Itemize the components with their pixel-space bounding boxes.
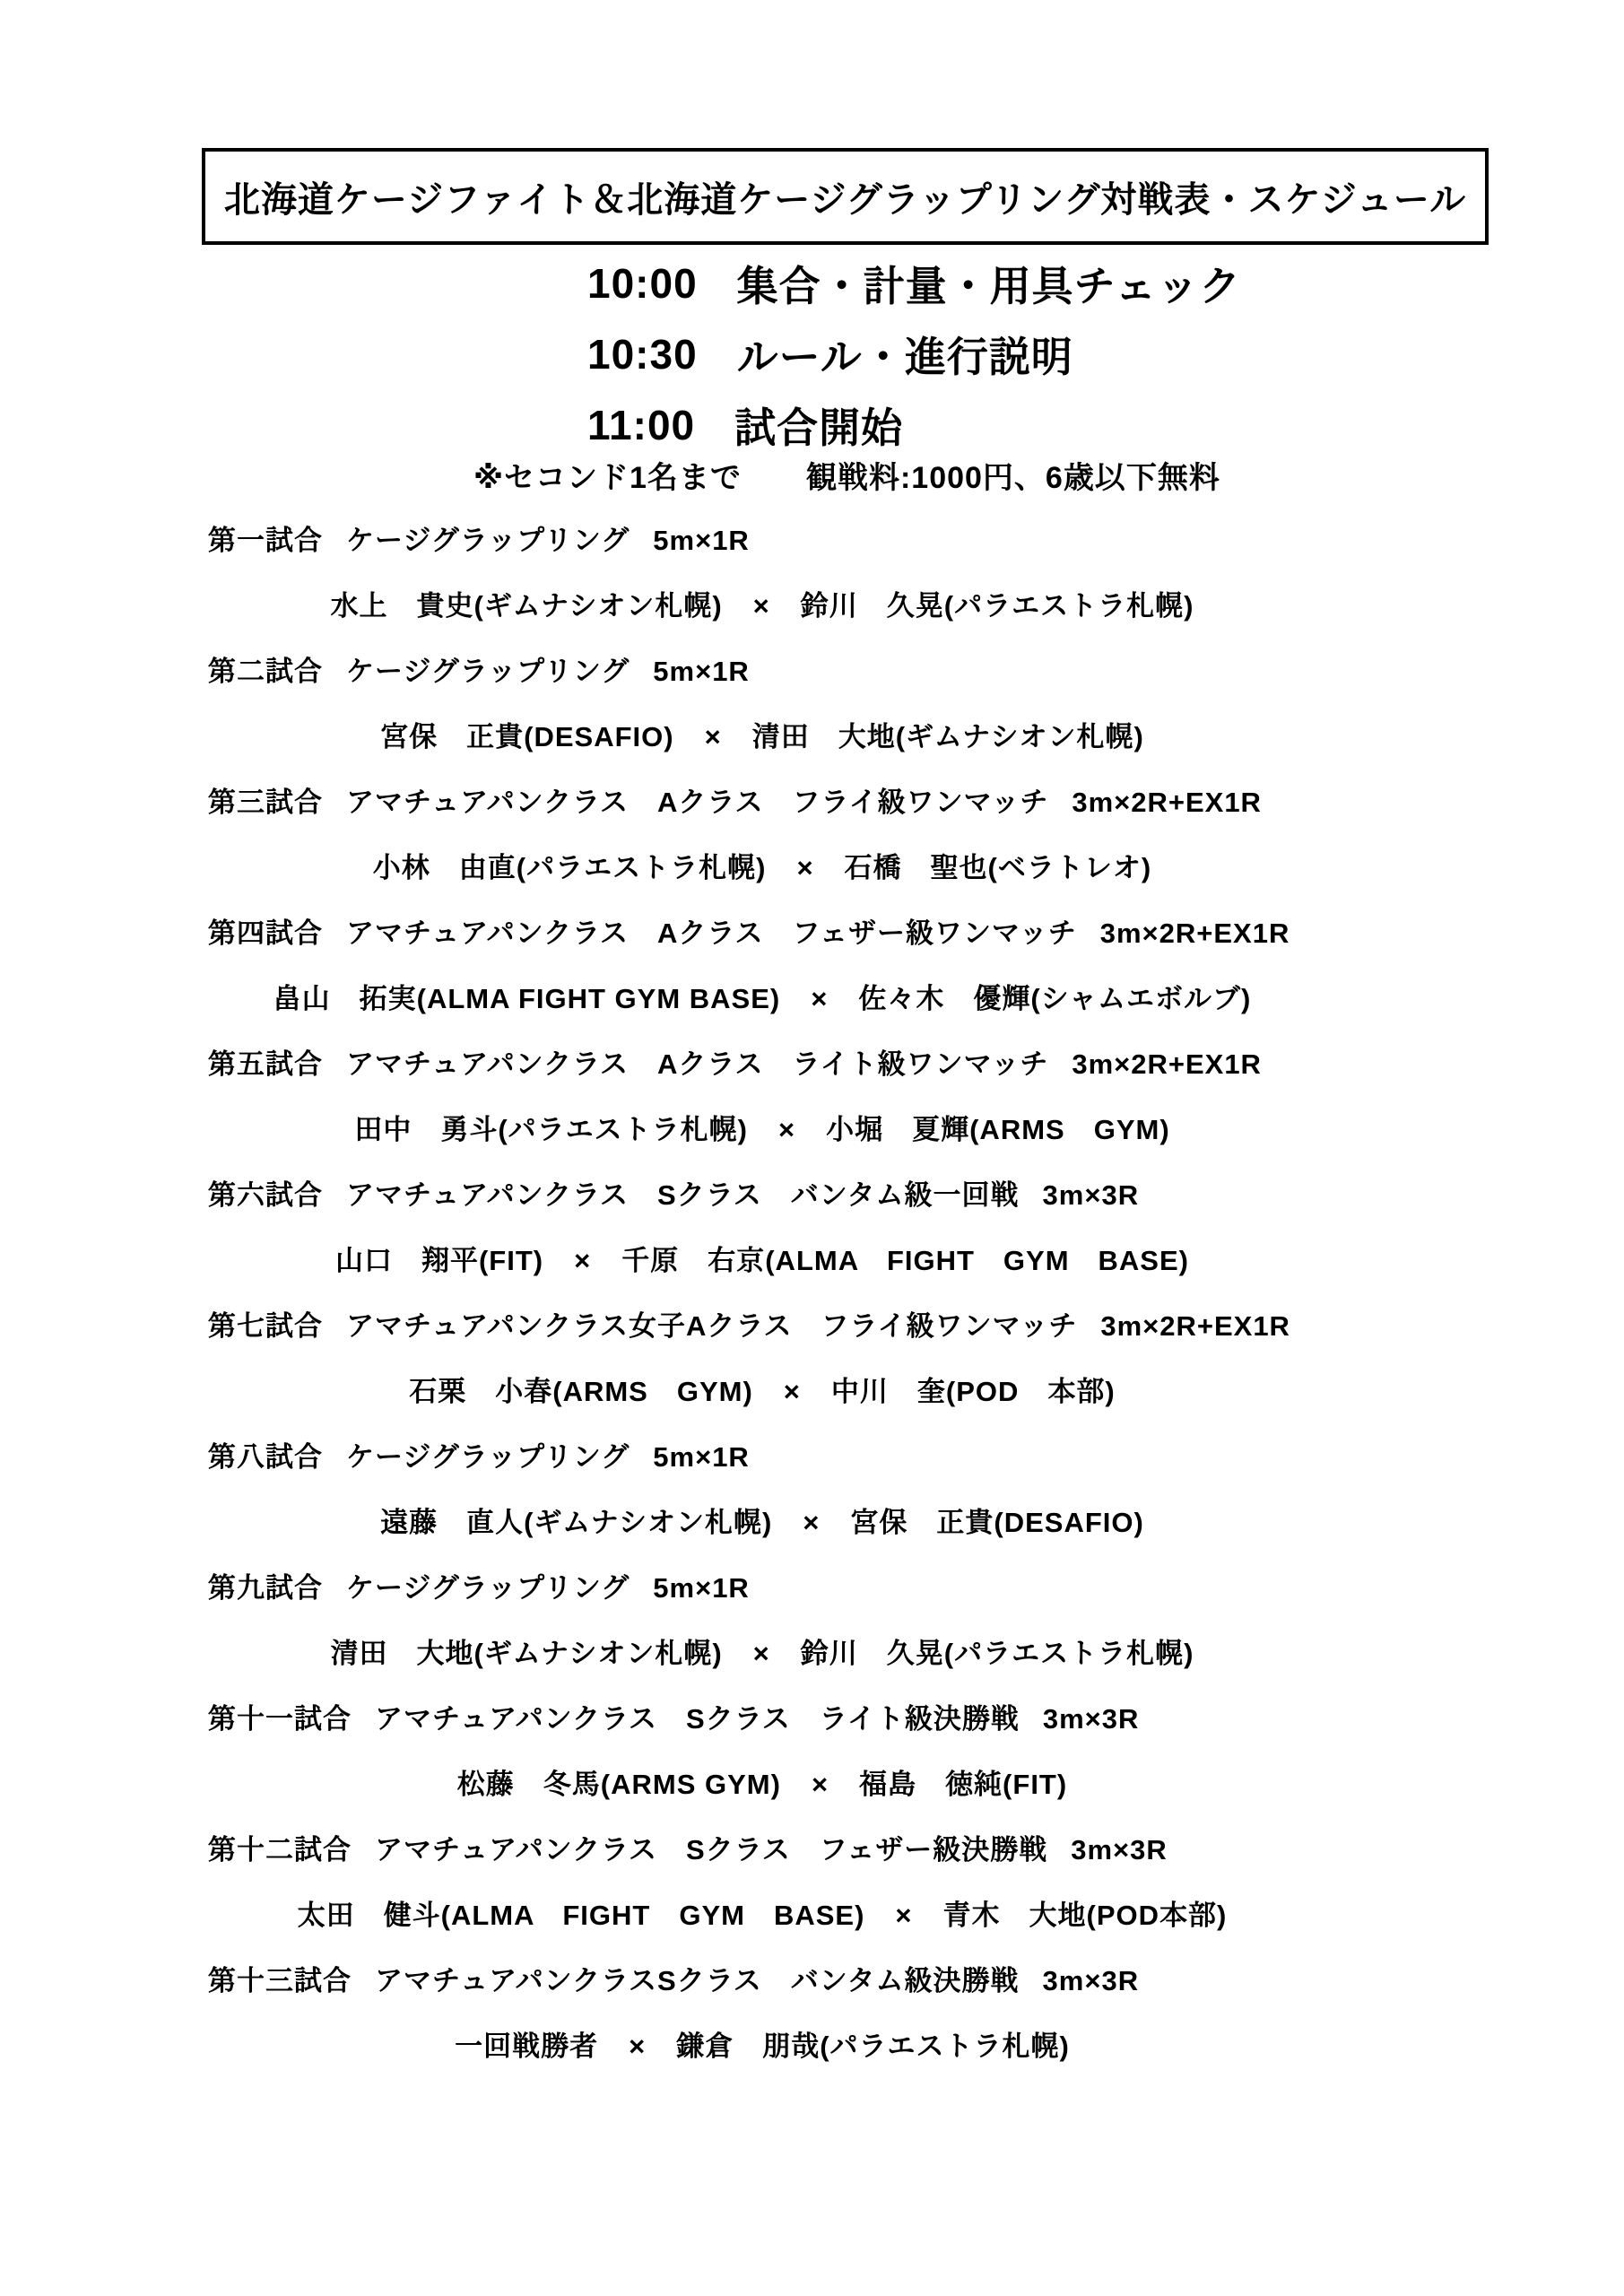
match-row: 第五試合アマチュアパンクラス Aクラス ライト級ワンマッチ3m×2R+EX1R … bbox=[0, 1031, 1624, 1162]
fighter-blue: 千原 右京(ALMA FIGHT GYM BASE) bbox=[621, 1245, 1189, 1276]
vs-symbol: × bbox=[705, 721, 722, 752]
match-fighters: 畠山 拓実(ALMA FIGHT GYM BASE)×佐々木 優輝(シャムエボル… bbox=[0, 966, 1524, 1031]
fighter-blue: 鈴川 久晃(パラエストラ札幌) bbox=[801, 590, 1194, 622]
match-format: 3m×2R+EX1R bbox=[1072, 787, 1262, 818]
fighter-blue: 小堀 夏輝(ARMS GYM) bbox=[826, 1114, 1170, 1145]
fighter-blue: 石橋 聖也(ベラトレオ) bbox=[845, 852, 1152, 883]
match-fighters: 一回戦勝者×鎌倉 朋哉(パラエストラ札幌) bbox=[0, 2013, 1524, 2079]
event-title-box: 北海道ケージファイト＆北海道ケージグラップリング対戦表・スケジュール bbox=[202, 148, 1489, 245]
timetable-label: 試合開始 bbox=[734, 396, 903, 455]
match-number: 第五試合 bbox=[208, 1048, 323, 1080]
match-fighters: 松藤 冬馬(ARMS GYM)×福島 徳純(FIT) bbox=[0, 1752, 1524, 1817]
notes-line: ※セコンド1名まで 観戦料:1000円、6歳以下無料 bbox=[473, 453, 1220, 497]
match-number: 第二試合 bbox=[208, 656, 323, 687]
timetable-time: 10:00 bbox=[587, 259, 698, 308]
match-format: 3m×3R bbox=[1043, 1703, 1140, 1735]
vs-symbol: × bbox=[895, 1900, 912, 1931]
admission-note: 観戦料:1000円、6歳以下無料 bbox=[806, 453, 1220, 497]
match-row: 第二試合ケージグラップリング5m×1R 宮保 正貴(DESAFIO)×清田 大地… bbox=[0, 639, 1624, 770]
match-number: 第七試合 bbox=[208, 1310, 323, 1342]
match-number: 第八試合 bbox=[208, 1441, 323, 1473]
match-format: 3m×2R+EX1R bbox=[1072, 1048, 1262, 1080]
match-header: 第三試合アマチュアパンクラス Aクラス フライ級ワンマッチ3m×2R+EX1R bbox=[0, 770, 1624, 835]
match-header: 第六試合アマチュアパンクラス Sクラス バンタム級一回戦3m×3R bbox=[0, 1162, 1624, 1228]
seconds-note: ※セコンド1名まで bbox=[473, 453, 742, 497]
match-header: 第十一試合アマチュアパンクラス Sクラス ライト級決勝戦3m×3R bbox=[0, 1686, 1624, 1752]
match-header: 第九試合ケージグラップリング5m×1R bbox=[0, 1555, 1624, 1621]
fighter-red: 小林 由直(パラエストラ札幌) bbox=[373, 852, 767, 883]
timetable-time: 10:30 bbox=[587, 330, 698, 378]
match-row: 第七試合アマチュアパンクラス女子Aクラス フライ級ワンマッチ3m×2R+EX1R… bbox=[0, 1293, 1624, 1424]
match-fighters: 水上 貴史(ギムナシオン札幌)×鈴川 久晃(パラエストラ札幌) bbox=[0, 573, 1524, 639]
match-header: 第五試合アマチュアパンクラス Aクラス ライト級ワンマッチ3m×2R+EX1R bbox=[0, 1031, 1624, 1097]
timetable-row: 10:30 ルール・進行説明 bbox=[587, 318, 1241, 389]
vs-symbol: × bbox=[784, 1376, 801, 1407]
fighter-red: 一回戦勝者 bbox=[455, 2031, 598, 2062]
match-division: ケージグラップリング bbox=[346, 1572, 630, 1604]
fighter-blue: 佐々木 優輝(シャムエボルブ) bbox=[858, 983, 1251, 1014]
match-number: 第三試合 bbox=[208, 787, 323, 818]
fighter-blue: 中川 奎(POD 本部) bbox=[831, 1376, 1116, 1407]
fighter-red: 宮保 正貴(DESAFIO) bbox=[380, 721, 673, 752]
timetable-time: 11:00 bbox=[587, 401, 695, 449]
match-division: アマチュアパンクラス Sクラス ライト級決勝戦 bbox=[375, 1703, 1020, 1735]
match-row: 第十二試合アマチュアパンクラス Sクラス フェザー級決勝戦3m×3R 太田 健斗… bbox=[0, 1817, 1624, 1948]
match-division: ケージグラップリング bbox=[346, 525, 630, 556]
match-format: 3m×3R bbox=[1071, 1834, 1168, 1865]
vs-symbol: × bbox=[753, 1638, 770, 1669]
match-fighters: 遠藤 直人(ギムナシオン札幌)×宮保 正貴(DESAFIO) bbox=[0, 1490, 1524, 1555]
match-header: 第二試合ケージグラップリング5m×1R bbox=[0, 639, 1624, 704]
match-format: 5m×1R bbox=[653, 1572, 750, 1604]
match-format: 3m×2R+EX1R bbox=[1100, 918, 1290, 949]
timetable-row: 11:00 試合開始 bbox=[587, 389, 1241, 460]
match-division: アマチュアパンクラス Sクラス バンタム級一回戦 bbox=[346, 1179, 1020, 1211]
match-header: 第十三試合アマチュアパンクラスSクラス バンタム級決勝戦3m×3R bbox=[0, 1948, 1624, 2013]
match-format: 3m×3R bbox=[1043, 1965, 1140, 1996]
fighter-red: 山口 翔平(FIT) bbox=[335, 1245, 543, 1276]
vs-symbol: × bbox=[811, 983, 828, 1014]
vs-symbol: × bbox=[812, 1769, 829, 1800]
fighter-red: 石栗 小春(ARMS GYM) bbox=[409, 1376, 753, 1407]
match-fighters: 太田 健斗(ALMA FIGHT GYM BASE)×青木 大地(POD本部) bbox=[0, 1883, 1524, 1948]
match-division: アマチュアパンクラス Sクラス フェザー級決勝戦 bbox=[375, 1834, 1047, 1865]
match-number: 第十二試合 bbox=[208, 1834, 352, 1865]
match-row: 第十三試合アマチュアパンクラスSクラス バンタム級決勝戦3m×3R 一回戦勝者×… bbox=[0, 1948, 1624, 2079]
match-list: 第一試合ケージグラップリング5m×1R 水上 貴史(ギムナシオン札幌)×鈴川 久… bbox=[0, 508, 1624, 2079]
match-fighters: 山口 翔平(FIT)×千原 右京(ALMA FIGHT GYM BASE) bbox=[0, 1228, 1524, 1293]
fighter-blue: 宮保 正貴(DESAFIO) bbox=[850, 1507, 1143, 1538]
match-fighters: 宮保 正貴(DESAFIO)×清田 大地(ギムナシオン札幌) bbox=[0, 704, 1524, 770]
match-format: 5m×1R bbox=[653, 656, 750, 687]
match-row: 第三試合アマチュアパンクラス Aクラス フライ級ワンマッチ3m×2R+EX1R … bbox=[0, 770, 1624, 900]
match-row: 第一試合ケージグラップリング5m×1R 水上 貴史(ギムナシオン札幌)×鈴川 久… bbox=[0, 508, 1624, 639]
match-division: ケージグラップリング bbox=[346, 1441, 630, 1473]
fighter-blue: 福島 徳純(FIT) bbox=[859, 1769, 1067, 1800]
match-number: 第六試合 bbox=[208, 1179, 323, 1211]
match-fighters: 田中 勇斗(パラエストラ札幌)×小堀 夏輝(ARMS GYM) bbox=[0, 1097, 1524, 1162]
fighter-red: 田中 勇斗(パラエストラ札幌) bbox=[354, 1114, 748, 1145]
match-division: アマチュアパンクラス Aクラス ライト級ワンマッチ bbox=[346, 1048, 1048, 1080]
match-format: 5m×1R bbox=[653, 1441, 750, 1473]
event-title: 北海道ケージファイト＆北海道ケージグラップリング対戦表・スケジュール bbox=[224, 171, 1466, 222]
vs-symbol: × bbox=[629, 2031, 646, 2062]
match-number: 第十三試合 bbox=[208, 1965, 352, 1996]
match-header: 第八試合ケージグラップリング5m×1R bbox=[0, 1424, 1624, 1490]
match-number: 第一試合 bbox=[208, 525, 323, 556]
schedule-document-page: 北海道ケージファイト＆北海道ケージグラップリング対戦表・スケジュール 10:00… bbox=[0, 0, 1624, 2296]
fighter-red: 松藤 冬馬(ARMS GYM) bbox=[457, 1769, 781, 1800]
match-header: 第十二試合アマチュアパンクラス Sクラス フェザー級決勝戦3m×3R bbox=[0, 1817, 1624, 1883]
vs-symbol: × bbox=[574, 1245, 591, 1276]
vs-symbol: × bbox=[796, 852, 813, 883]
match-row: 第四試合アマチュアパンクラス Aクラス フェザー級ワンマッチ3m×2R+EX1R… bbox=[0, 900, 1624, 1031]
match-fighters: 石栗 小春(ARMS GYM)×中川 奎(POD 本部) bbox=[0, 1359, 1524, 1424]
match-division: アマチュアパンクラス Aクラス フライ級ワンマッチ bbox=[346, 787, 1048, 818]
match-division: ケージグラップリング bbox=[346, 656, 630, 687]
timetable: 10:00 集合・計量・用具チェック 10:30 ルール・進行説明 11:00 … bbox=[587, 248, 1241, 460]
match-row: 第九試合ケージグラップリング5m×1R 清田 大地(ギムナシオン札幌)×鈴川 久… bbox=[0, 1555, 1624, 1686]
fighter-blue: 青木 大地(POD本部) bbox=[943, 1900, 1228, 1931]
match-fighters: 小林 由直(パラエストラ札幌)×石橋 聖也(ベラトレオ) bbox=[0, 835, 1524, 900]
match-format: 3m×3R bbox=[1043, 1179, 1140, 1211]
timetable-row: 10:00 集合・計量・用具チェック bbox=[587, 248, 1241, 318]
match-row: 第十一試合アマチュアパンクラス Sクラス ライト級決勝戦3m×3R 松藤 冬馬(… bbox=[0, 1686, 1624, 1817]
match-division: アマチュアパンクラス女子Aクラス フライ級ワンマッチ bbox=[346, 1310, 1077, 1342]
match-header: 第一試合ケージグラップリング5m×1R bbox=[0, 508, 1624, 573]
vs-symbol: × bbox=[778, 1114, 795, 1145]
vs-symbol: × bbox=[753, 590, 770, 622]
match-fighters: 清田 大地(ギムナシオン札幌)×鈴川 久晃(パラエストラ札幌) bbox=[0, 1621, 1524, 1686]
match-division: アマチュアパンクラスSクラス バンタム級決勝戦 bbox=[375, 1965, 1020, 1996]
match-row: 第八試合ケージグラップリング5m×1R 遠藤 直人(ギムナシオン札幌)×宮保 正… bbox=[0, 1424, 1624, 1555]
match-number: 第四試合 bbox=[208, 918, 323, 949]
match-header: 第七試合アマチュアパンクラス女子Aクラス フライ級ワンマッチ3m×2R+EX1R bbox=[0, 1293, 1624, 1359]
timetable-label: 集合・計量・用具チェック bbox=[737, 254, 1242, 313]
match-header: 第四試合アマチュアパンクラス Aクラス フェザー級ワンマッチ3m×2R+EX1R bbox=[0, 900, 1624, 966]
fighter-blue: 鈴川 久晃(パラエストラ札幌) bbox=[801, 1638, 1194, 1669]
timetable-label: ルール・進行説明 bbox=[737, 325, 1073, 384]
vs-symbol: × bbox=[803, 1507, 820, 1538]
fighter-red: 太田 健斗(ALMA FIGHT GYM BASE) bbox=[298, 1900, 865, 1931]
fighter-red: 清田 大地(ギムナシオン札幌) bbox=[331, 1638, 723, 1669]
fighter-red: 水上 貴史(ギムナシオン札幌) bbox=[331, 590, 723, 622]
match-number: 第九試合 bbox=[208, 1572, 323, 1604]
fighter-red: 遠藤 直人(ギムナシオン札幌) bbox=[380, 1507, 772, 1538]
match-row: 第六試合アマチュアパンクラス Sクラス バンタム級一回戦3m×3R 山口 翔平(… bbox=[0, 1162, 1624, 1293]
match-division: アマチュアパンクラス Aクラス フェザー級ワンマッチ bbox=[346, 918, 1077, 949]
match-format: 3m×2R+EX1R bbox=[1100, 1310, 1290, 1342]
match-format: 5m×1R bbox=[653, 525, 750, 556]
match-number: 第十一試合 bbox=[208, 1703, 352, 1735]
fighter-red: 畠山 拓実(ALMA FIGHT GYM BASE) bbox=[274, 983, 781, 1014]
fighter-blue: 鎌倉 朋哉(パラエストラ札幌) bbox=[676, 2031, 1070, 2062]
fighter-blue: 清田 大地(ギムナシオン札幌) bbox=[752, 721, 1144, 752]
